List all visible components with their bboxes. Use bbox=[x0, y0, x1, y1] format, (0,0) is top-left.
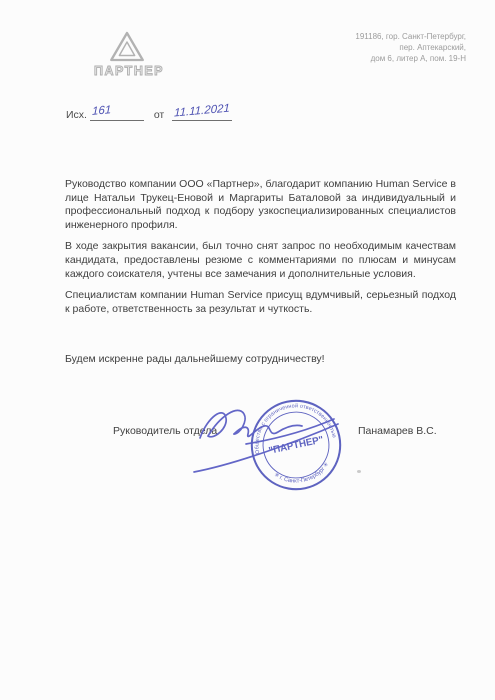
company-address: 191186, гор. Санкт-Петербург, пер. Аптек… bbox=[355, 31, 466, 64]
scan-noise-dot bbox=[357, 470, 361, 473]
paragraph-gratitude: Руководство компании ООО «Партнер», благ… bbox=[65, 178, 456, 232]
from-label: от bbox=[154, 109, 164, 121]
outgoing-number-blank: 161 bbox=[90, 106, 144, 121]
penrose-triangle-icon bbox=[109, 30, 145, 63]
handwritten-outgoing-number: 161 bbox=[92, 104, 111, 118]
date-blank: 11.11.2021 bbox=[172, 106, 232, 121]
handwritten-date: 11.11.2021 bbox=[174, 103, 230, 120]
scanned-letter-page: ПАРТНЕР 191186, гор. Санкт-Петербург, пе… bbox=[0, 0, 495, 700]
company-logo: ПАРТНЕР bbox=[94, 30, 160, 78]
closing-line: Будем искренне рады дальнейшему сотрудни… bbox=[65, 353, 456, 367]
signer-name: Панамарев В.С. bbox=[358, 425, 437, 437]
reference-line: Исх. 161 от 11.11.2021 bbox=[66, 106, 232, 121]
address-line: 191186, гор. Санкт-Петербург, bbox=[355, 31, 466, 42]
company-logo-text: ПАРТНЕР bbox=[94, 64, 160, 78]
handwritten-signature bbox=[186, 390, 354, 486]
paragraph-specialists: Специалистам компании Human Service прис… bbox=[65, 289, 456, 316]
letter-body: Руководство компании ООО «Партнер», благ… bbox=[65, 178, 456, 375]
paragraph-process: В ходе закрытия вакансии, был точно снят… bbox=[65, 240, 456, 281]
address-line: пер. Аптекарский, bbox=[355, 42, 466, 53]
outgoing-label: Исх. bbox=[66, 109, 87, 121]
address-line: дом 6, литер А, пом. 19-Н bbox=[355, 53, 466, 64]
